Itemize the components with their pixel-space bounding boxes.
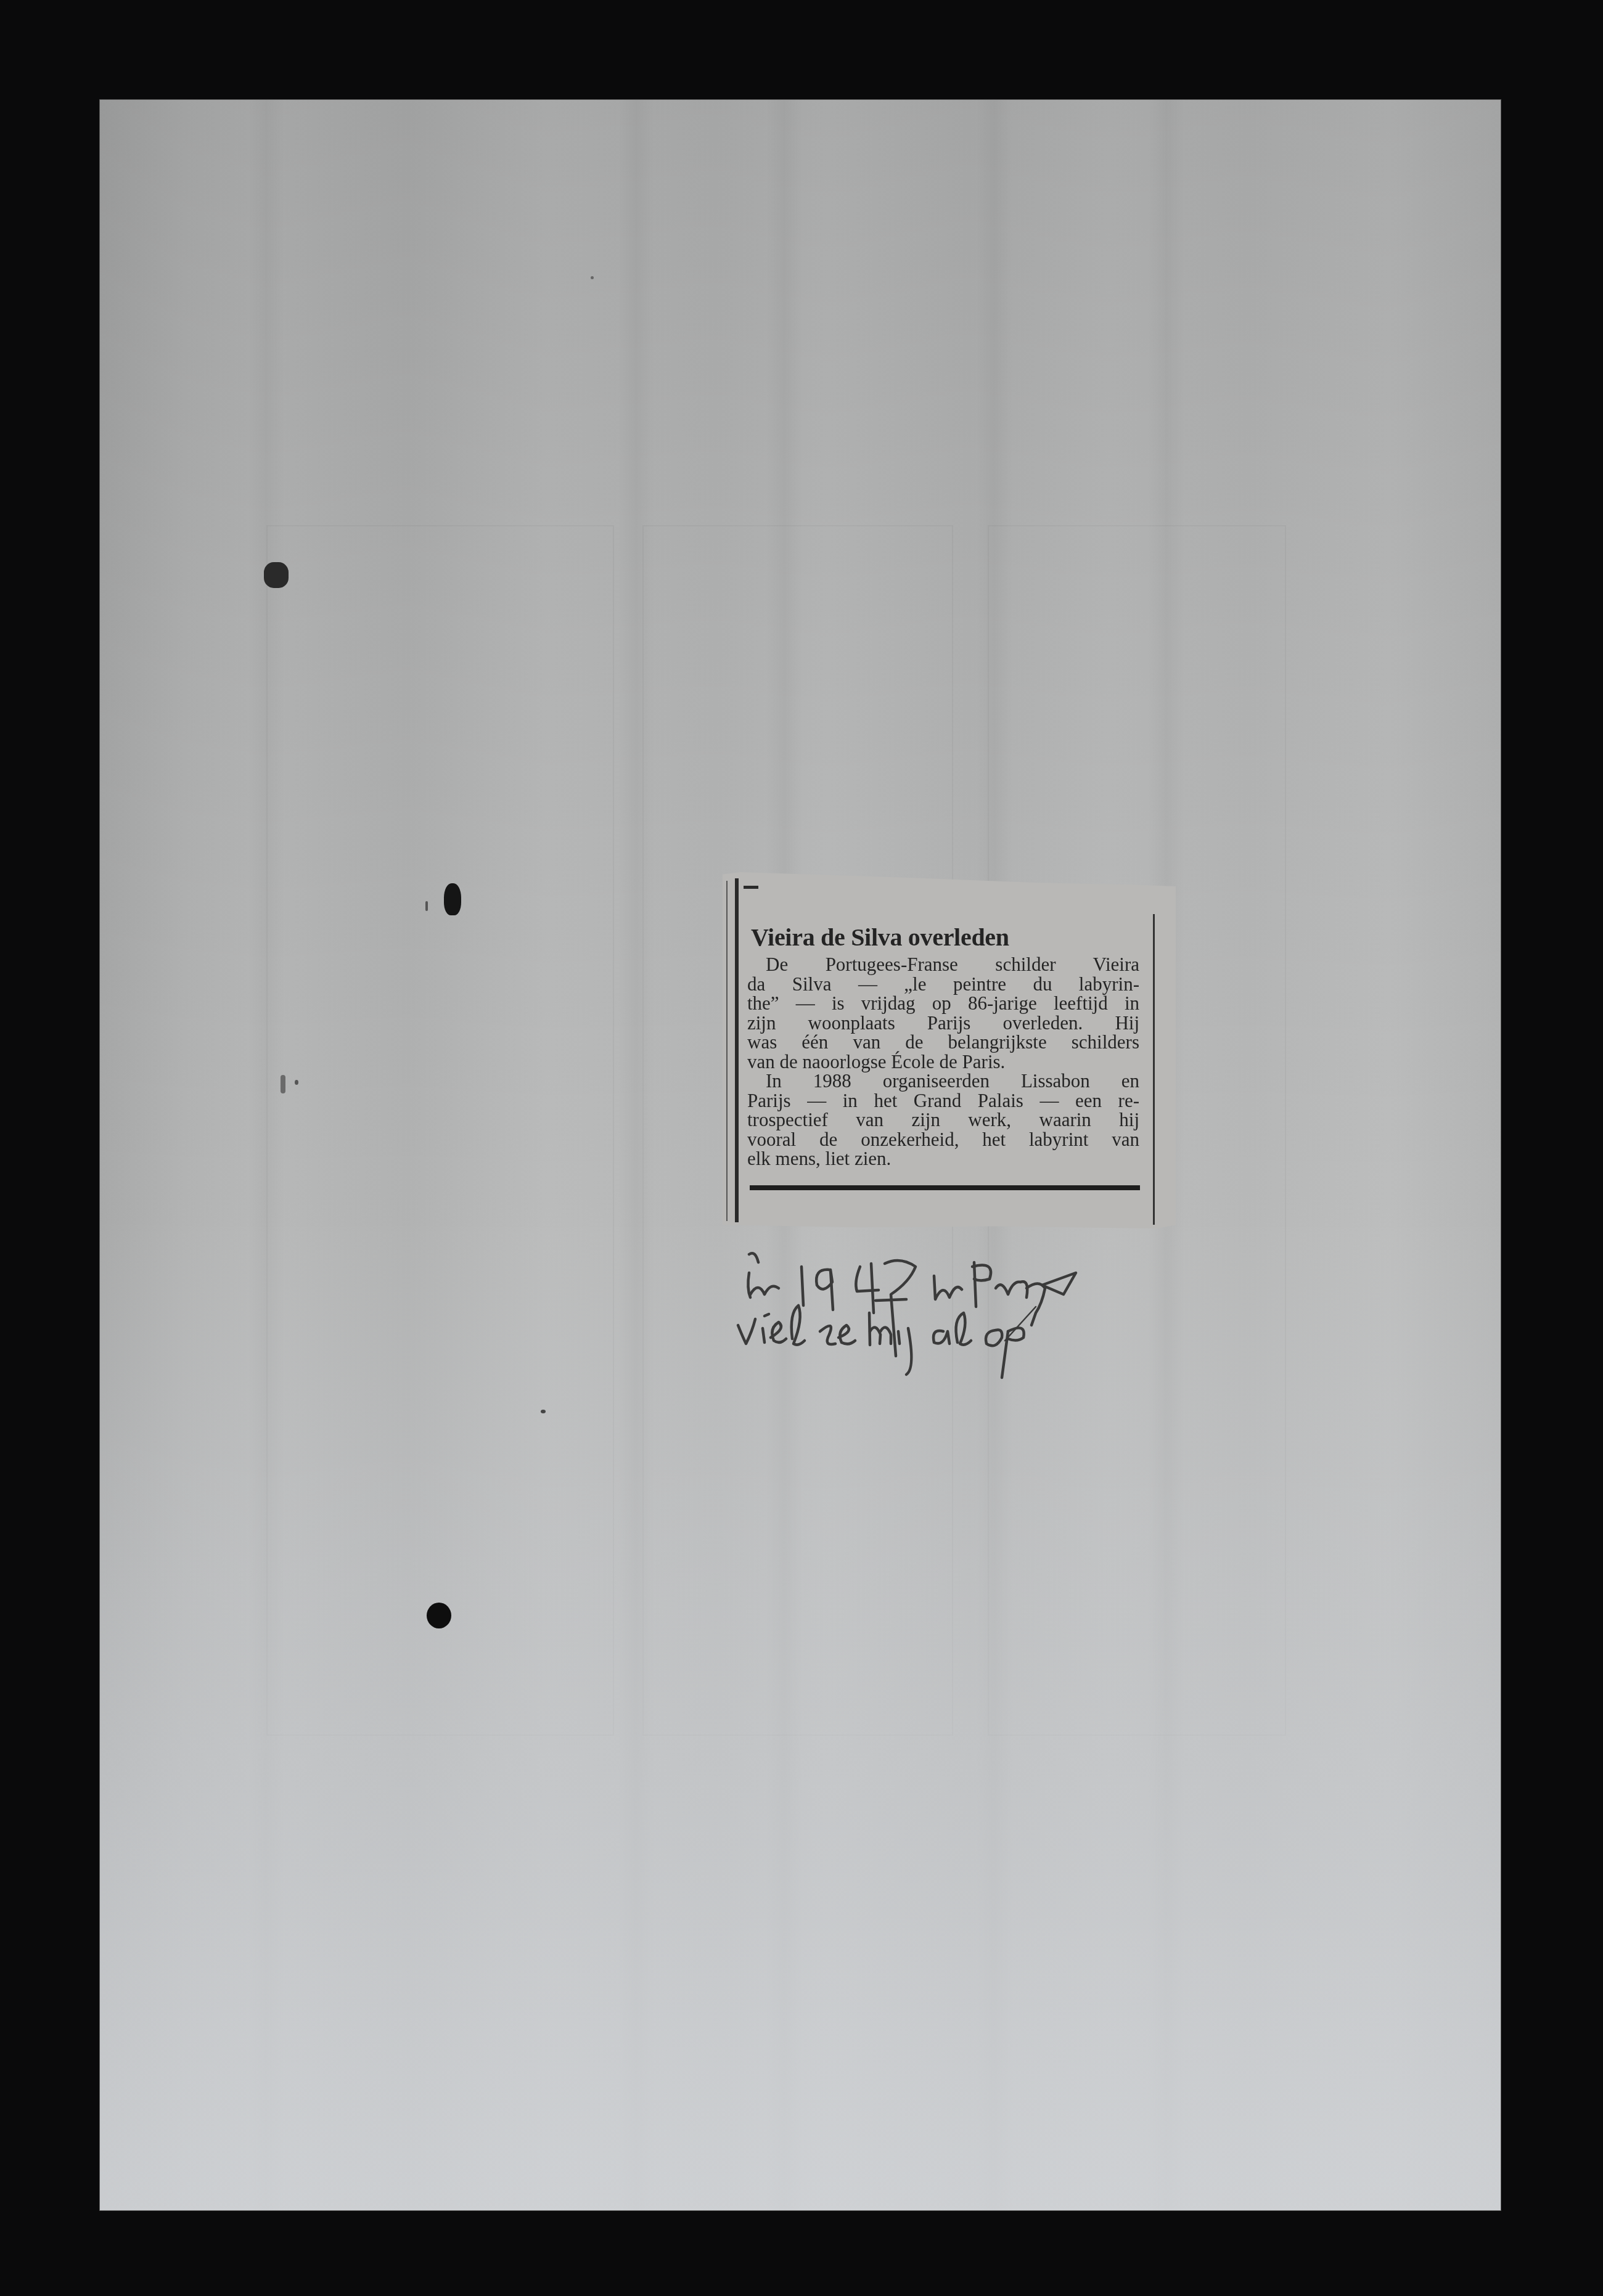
article-line: was één van de belangrijkste schilders bbox=[747, 1032, 1139, 1052]
clipping-article: Vieira de Silva overleden De Portugees-F… bbox=[747, 915, 1139, 1169]
newspaper-clipping: Vieira de Silva overleden De Portugees-F… bbox=[723, 872, 1176, 1228]
article-line: the” — is vrijdag op 86-jarige leeftijd … bbox=[747, 994, 1139, 1013]
article-line: Parijs — in het Grand Palais — een re- bbox=[747, 1091, 1139, 1111]
article-line: vooral de onzekerheid, het labyrint van bbox=[747, 1130, 1139, 1150]
article-line: In 1988 organiseerden Lissabon en bbox=[747, 1071, 1139, 1091]
punch-hole-bottom bbox=[427, 1603, 451, 1628]
handwritten-note: in 1947 in Parijs viel ze mij al op bbox=[731, 1245, 1211, 1393]
handwriting-strokes bbox=[731, 1245, 1211, 1393]
show-through-rect bbox=[266, 525, 614, 1736]
article-line: elk mens, liet zien. bbox=[747, 1149, 1139, 1169]
article-line: van de naoorlogse École de Paris. bbox=[747, 1052, 1139, 1072]
clipping-headline: Vieira de Silva overleden bbox=[751, 923, 1139, 952]
article-line: trospectief van zijn werk, waarin hij bbox=[747, 1110, 1139, 1130]
small-dot-top bbox=[591, 276, 594, 279]
article-line: zijn woonplaats Parijs overleden. Hij bbox=[747, 1013, 1139, 1033]
clipping-column-rule-left bbox=[735, 878, 739, 1222]
clipping-border-outer bbox=[726, 881, 728, 1221]
clipping-bottom-rule bbox=[750, 1185, 1140, 1190]
paper-fold-band bbox=[618, 100, 655, 2210]
punch-hole-middle bbox=[444, 883, 461, 915]
paper-fold-band bbox=[248, 100, 285, 2210]
clipping-column-rule-right bbox=[1153, 914, 1155, 1225]
small-dot bbox=[541, 1410, 546, 1413]
article-line: De Portugees-Franse schilder Vieira bbox=[747, 955, 1139, 974]
article-line: da Silva — „le peintre du labyrin- bbox=[747, 974, 1139, 994]
punch-hole-top bbox=[264, 562, 289, 588]
clipping-paragraph-2: In 1988 organiseerden Lissabon en Parijs… bbox=[747, 1071, 1139, 1169]
faint-mark bbox=[281, 1075, 285, 1093]
punch-hole-middle-tick bbox=[425, 901, 428, 911]
clipping-paragraph-1: De Portugees-Franse schilder Vieira da S… bbox=[747, 955, 1139, 1071]
clipping-top-tick bbox=[744, 886, 758, 889]
faint-mark-dot bbox=[295, 1080, 298, 1085]
